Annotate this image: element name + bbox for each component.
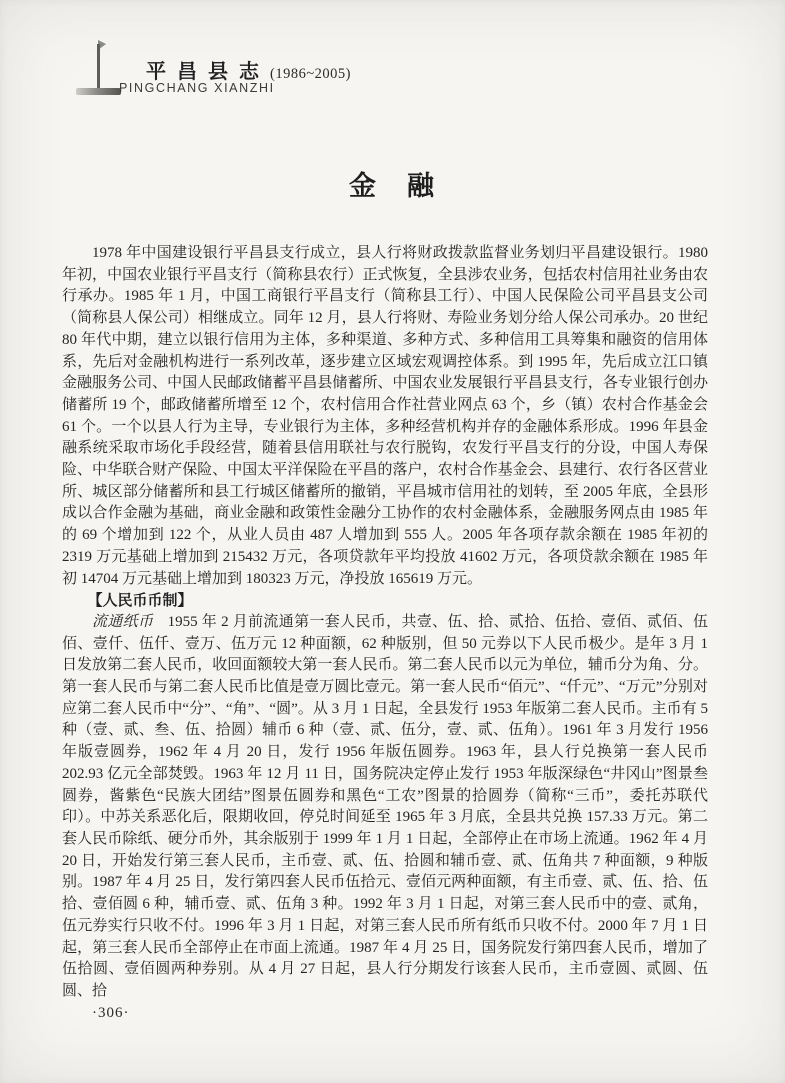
paragraph-finance-overview: 1978 年中国建设银行平昌县支行成立，县人行将财政拨款监督业务划归平昌建设银行… <box>62 243 708 590</box>
section-heading-renminbi-system: 【人民币币制】 <box>62 590 708 612</box>
page-number: ·306· <box>92 1005 130 1022</box>
book-title: 平昌县志 <box>146 61 270 83</box>
body-text-block: 1978 年中国建设银行平昌县支行成立，县人行将财政拨款监督业务划归平昌建设银行… <box>62 243 708 1003</box>
lead-term-circulating-banknotes: 流通纸币 <box>92 614 153 630</box>
chapter-title: 金 融 <box>0 164 785 203</box>
paragraph-circulating-banknotes-text: 1955 年 2 月前流通第一套人民币，共壹、伍、拾、贰拾、伍拾、壹佰、贰佰、伍… <box>62 614 708 999</box>
book-years: (1986~2005) <box>270 66 351 82</box>
monument-base <box>76 88 121 95</box>
scanned-book-page: 平昌县志(1986~2005) PINGCHANG XIANZHI 金 融 19… <box>0 0 785 1083</box>
book-title-pinyin: PINGCHANG XIANZHI <box>119 81 275 95</box>
book-title-row: 平昌县志(1986~2005) <box>146 55 351 84</box>
paragraph-circulating-banknotes: 流通纸币1955 年 2 月前流通第一套人民币，共壹、伍、拾、贰拾、伍拾、壹佰、… <box>62 612 708 1003</box>
monument-pole <box>97 44 100 89</box>
